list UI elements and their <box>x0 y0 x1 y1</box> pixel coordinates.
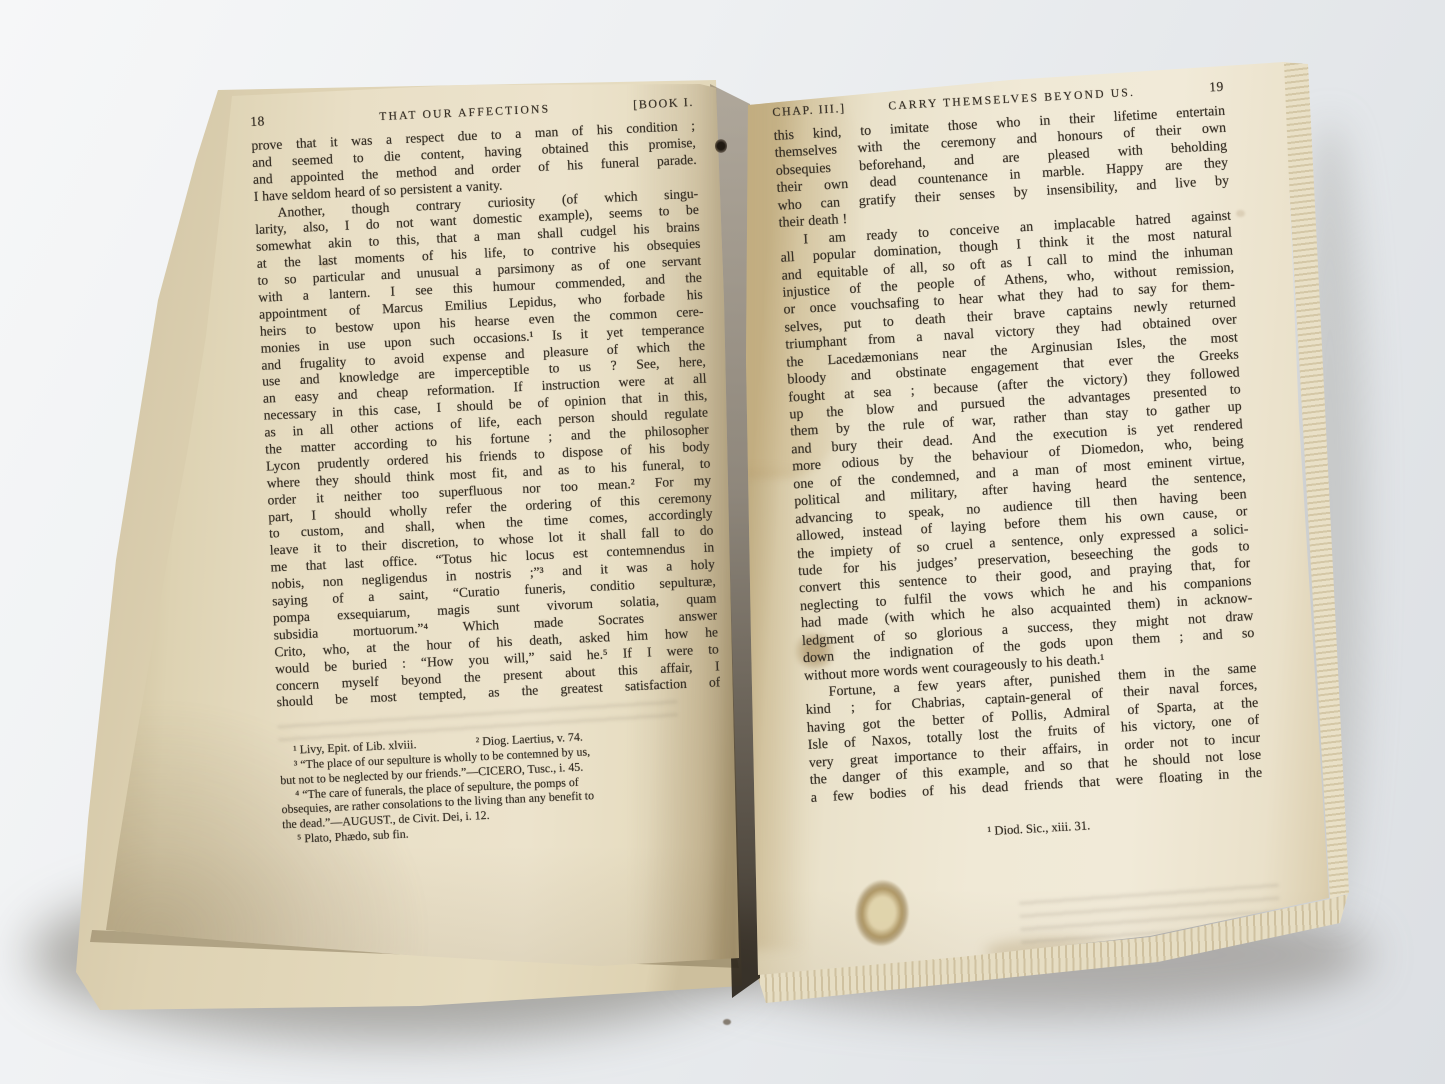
right-page-body: this kind, to imitate those who in their… <box>773 103 1262 807</box>
book-photo-scene: 18 THAT OUR AFFECTIONS [BOOK I. prove th… <box>0 0 1445 1084</box>
right-page-footnotes: ¹ Diod. Sic., xiii. 31. <box>813 808 1265 849</box>
left-page-footnotes: ¹ Livy, Epit. of Lib. xlviii. ² Diog. La… <box>279 723 727 847</box>
left-page-text: 18 THAT OUR AFFECTIONS [BOOK I. prove th… <box>250 94 727 847</box>
page-number: 19 <box>1177 79 1224 98</box>
left-page-body: prove that it was a respect due to a man… <box>251 118 721 712</box>
right-page-text: CHAP. III.] CARRY THEMSELVES BEYOND US. … <box>772 79 1265 849</box>
foxing-spot <box>1236 210 1245 217</box>
stain-ring-bottom <box>852 877 913 948</box>
footnote-line: ¹ Diod. Sic., xiii. 31. <box>813 808 1265 849</box>
ink-spot-gutter <box>715 139 727 153</box>
book-label: [BOOK I. <box>633 95 694 113</box>
surface-speck <box>723 1019 731 1025</box>
chapter-label: CHAP. III.] <box>772 101 846 120</box>
page-number: 18 <box>250 112 297 130</box>
